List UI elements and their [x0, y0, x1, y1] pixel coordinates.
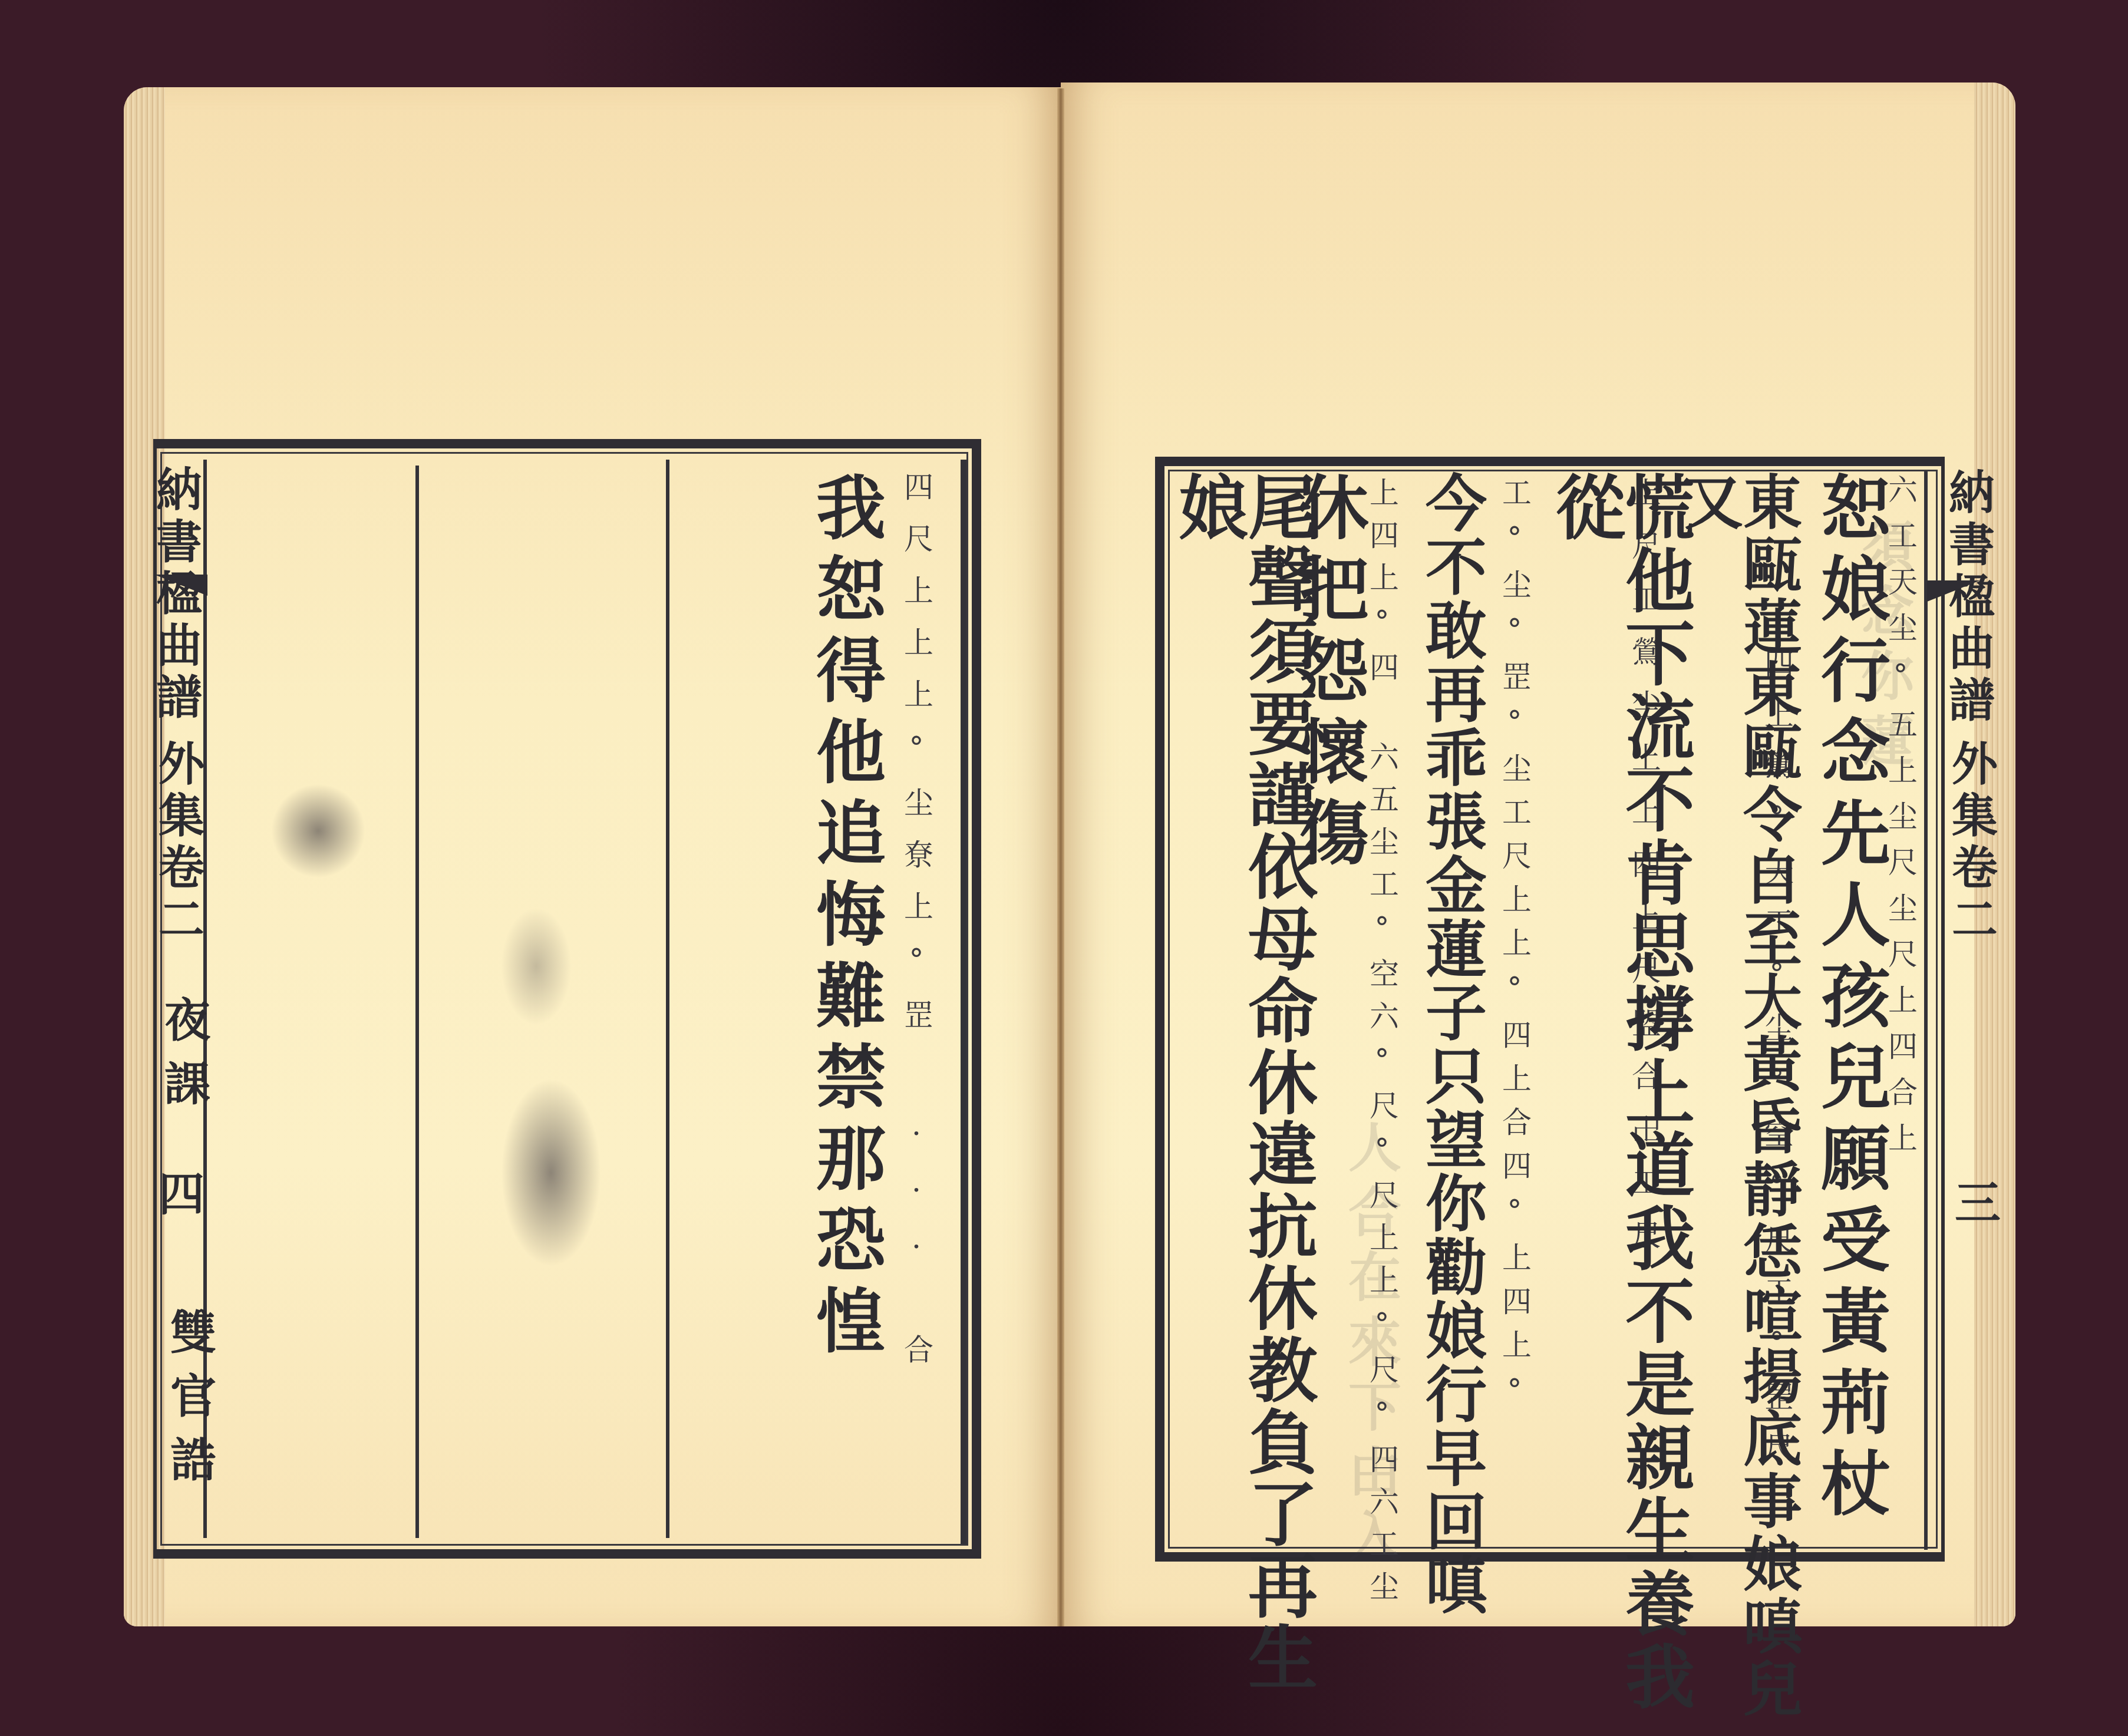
- ink-bleed: [271, 784, 365, 878]
- left-column-rule-2: [666, 460, 669, 1538]
- left-column-rule-1: [415, 466, 419, 1538]
- lyric-column-4: 今不敢再乖張金蓮子只望你勸娘行早回嗔: [1420, 471, 1482, 1617]
- left-play-title: 雙官誥: [166, 1308, 212, 1499]
- right-page-number: 三: [1951, 1179, 1997, 1230]
- lyric-column-2: 東甌蓮東甌令自至大黃昏靜恁喧揚底事娘嗔兒又: [1680, 471, 1797, 1736]
- book-gutter: [1057, 88, 1064, 1626]
- notation-column-4: 工°尘°罡°尘工尺上上°四上合四°上四上°: [1500, 477, 1529, 1421]
- right-margin-rule: [1924, 471, 1928, 1550]
- left-page-number: 四: [154, 1170, 200, 1222]
- left-column-rule-3: [961, 460, 966, 1544]
- ink-bleed: [501, 1078, 601, 1267]
- right-volume-label: 外集卷二: [1948, 740, 1994, 947]
- bleed-through-text: 須念你蓮: [1856, 519, 1909, 778]
- lyric-column-3: 慌他下流不肯思撐上道我不是親生養我從: [1550, 471, 1689, 1736]
- right-fishtail-mark: [1927, 580, 1980, 604]
- lyric-column-6: 尾聲須要謹依母命休違抗休教負了再生娘: [1173, 471, 1312, 1736]
- left-lyric-column: 我恕得他追悔難禁那恐惶: [810, 471, 880, 1366]
- left-volume-label: 外集卷二: [154, 740, 200, 947]
- ink-bleed: [501, 907, 572, 1025]
- left-fishtail-mark: [154, 575, 207, 598]
- bleed-through-text: 人合在來下由入: [1344, 1120, 1397, 1573]
- left-notation-column: 四尺上上上°尘尞上°罡 ... 合: [902, 471, 931, 1386]
- left-section-label: 夜課: [160, 996, 206, 1123]
